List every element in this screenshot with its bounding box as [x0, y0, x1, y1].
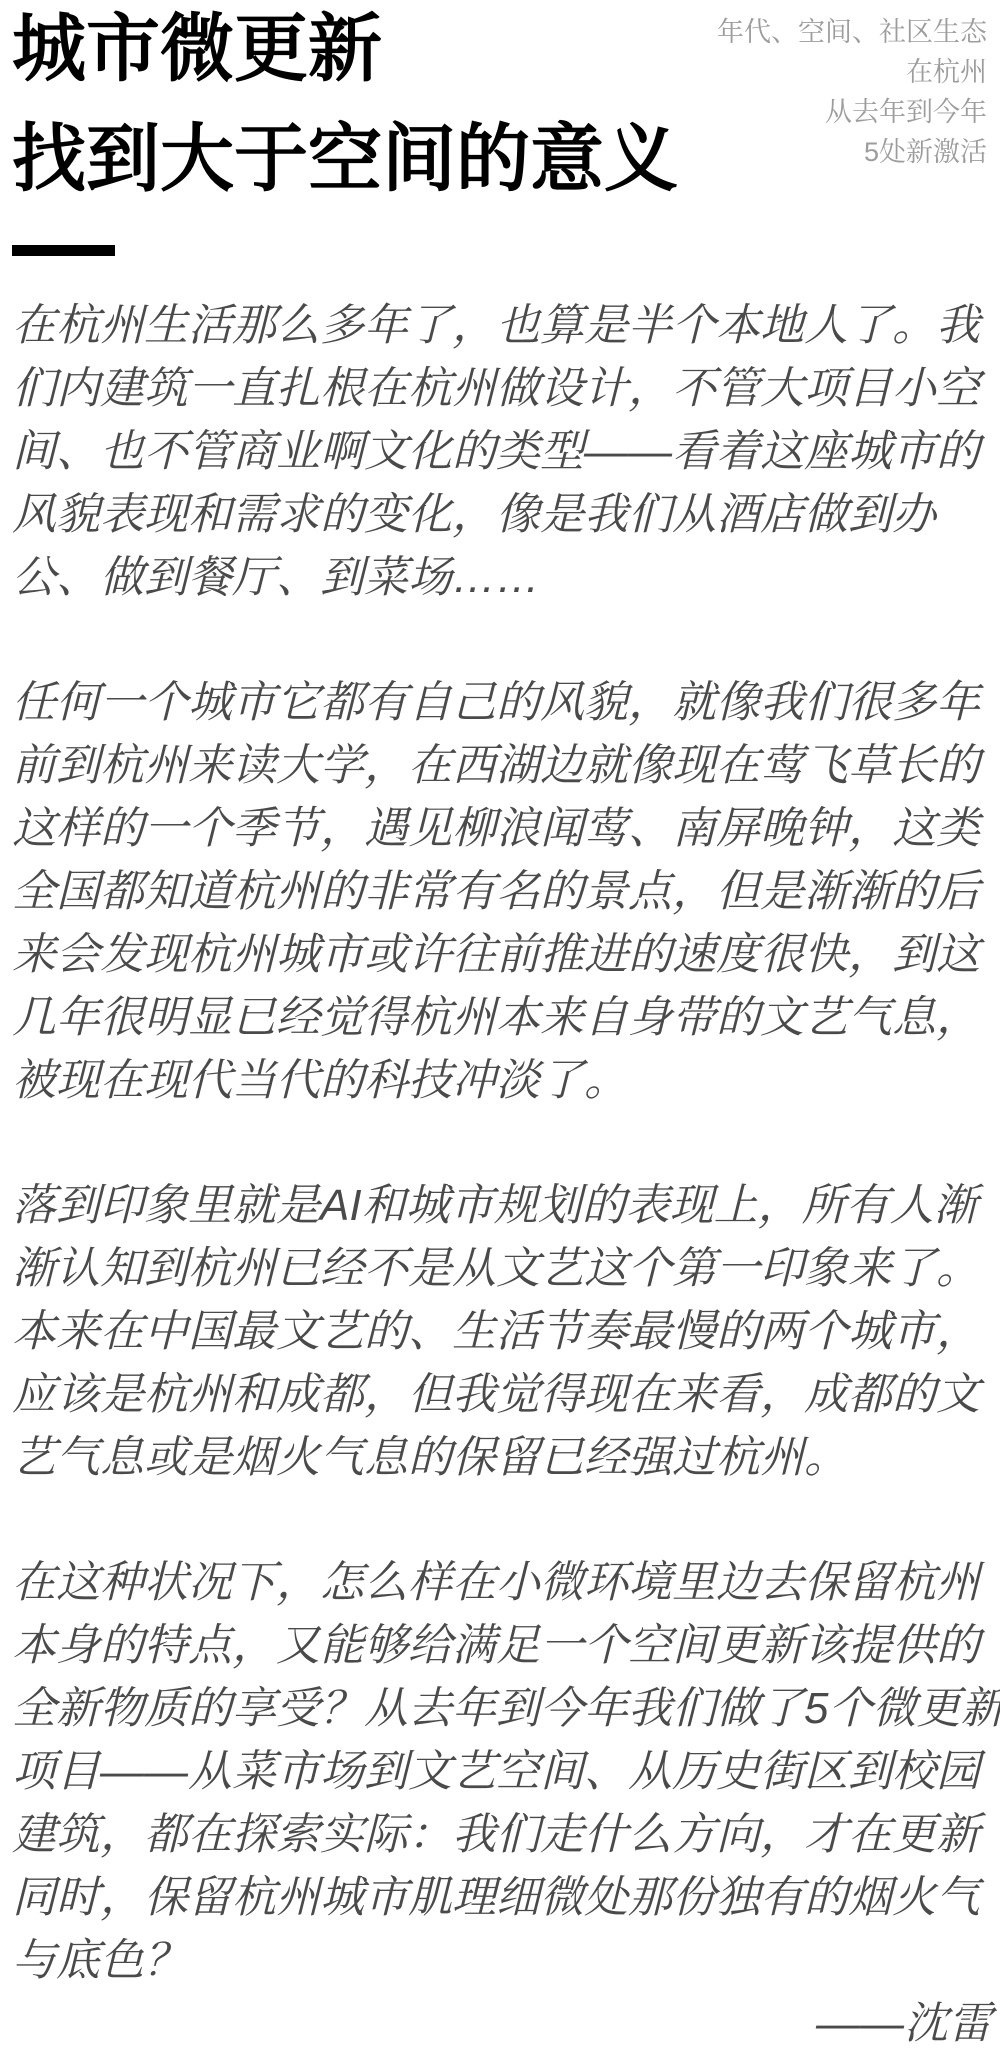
author-signature: ——沈雷	[12, 1992, 992, 2050]
article-page: 城市微更新 找到大于空间的意义 年代、空间、社区生态 在杭州 从去年到今年 5处…	[0, 0, 1000, 2050]
body-paragraph-1: 在杭州生活那么多年了，也算是半个本地人了。我 们内建筑一直扎根在杭州做设计，不管…	[12, 294, 992, 609]
article-body: 在杭州生活那么多年了，也算是半个本地人了。我 们内建筑一直扎根在杭州做设计，不管…	[12, 294, 992, 2050]
body-paragraph-2: 任何一个城市它都有自己的风貌，就像我们很多年 前到杭州来读大学，在西湖边就像现在…	[12, 671, 992, 1112]
page-title: 城市微更新 找到大于空间的意义	[12, 0, 678, 214]
body-paragraph-3: 落到印象里就是AI和城市规划的表现上，所有人渐 渐认知到杭州已经不是从文艺这个第…	[12, 1174, 992, 1489]
body-paragraph-4: 在这种状况下，怎么样在小微环境里边去保留杭州 本身的特点，又能够给满足一个空间更…	[12, 1551, 992, 1992]
title-divider	[12, 245, 115, 256]
header-meta: 年代、空间、社区生态 在杭州 从去年到今年 5处新激活	[717, 12, 987, 172]
